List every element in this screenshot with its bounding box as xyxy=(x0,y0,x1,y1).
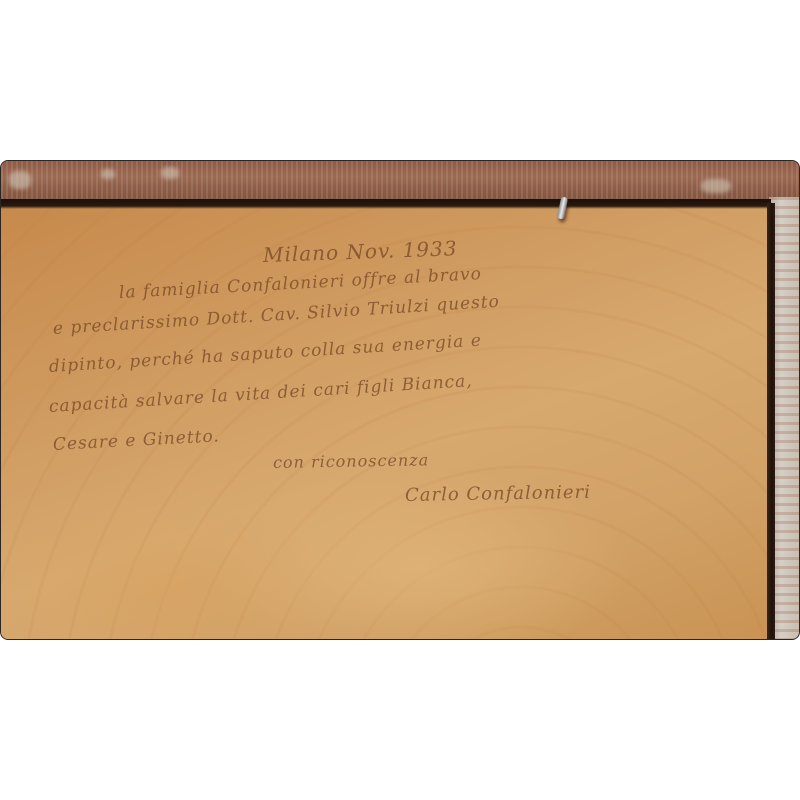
paint-wear xyxy=(101,169,115,179)
handwritten-inscription: Milano Nov. 1933 la famiglia Confalonier… xyxy=(1,207,769,640)
paint-wear xyxy=(161,167,179,179)
wood-panel: Milano Nov. 1933 la famiglia Confalonier… xyxy=(1,207,769,640)
frame-inner-shadow xyxy=(767,203,775,640)
frame-inner-shadow xyxy=(1,199,771,209)
paint-wear xyxy=(9,171,31,189)
frame-back-photo: Milano Nov. 1933 la famiglia Confalonier… xyxy=(0,160,800,640)
inscription-line: dipinto, perché ha saputo colla sua ener… xyxy=(48,331,482,377)
inscription-date: Milano Nov. 1933 xyxy=(263,236,458,267)
paint-wear xyxy=(701,179,731,193)
inscription-signature: Carlo Confalonieri xyxy=(405,482,591,506)
inscription-line: Cesare e Ginetto. xyxy=(52,426,220,455)
page: Milano Nov. 1933 la famiglia Confalonier… xyxy=(0,0,800,800)
inscription-line: capacità salvare la vita dei cari figli … xyxy=(48,371,473,417)
inscription-closing: con riconoscenza xyxy=(273,450,430,472)
